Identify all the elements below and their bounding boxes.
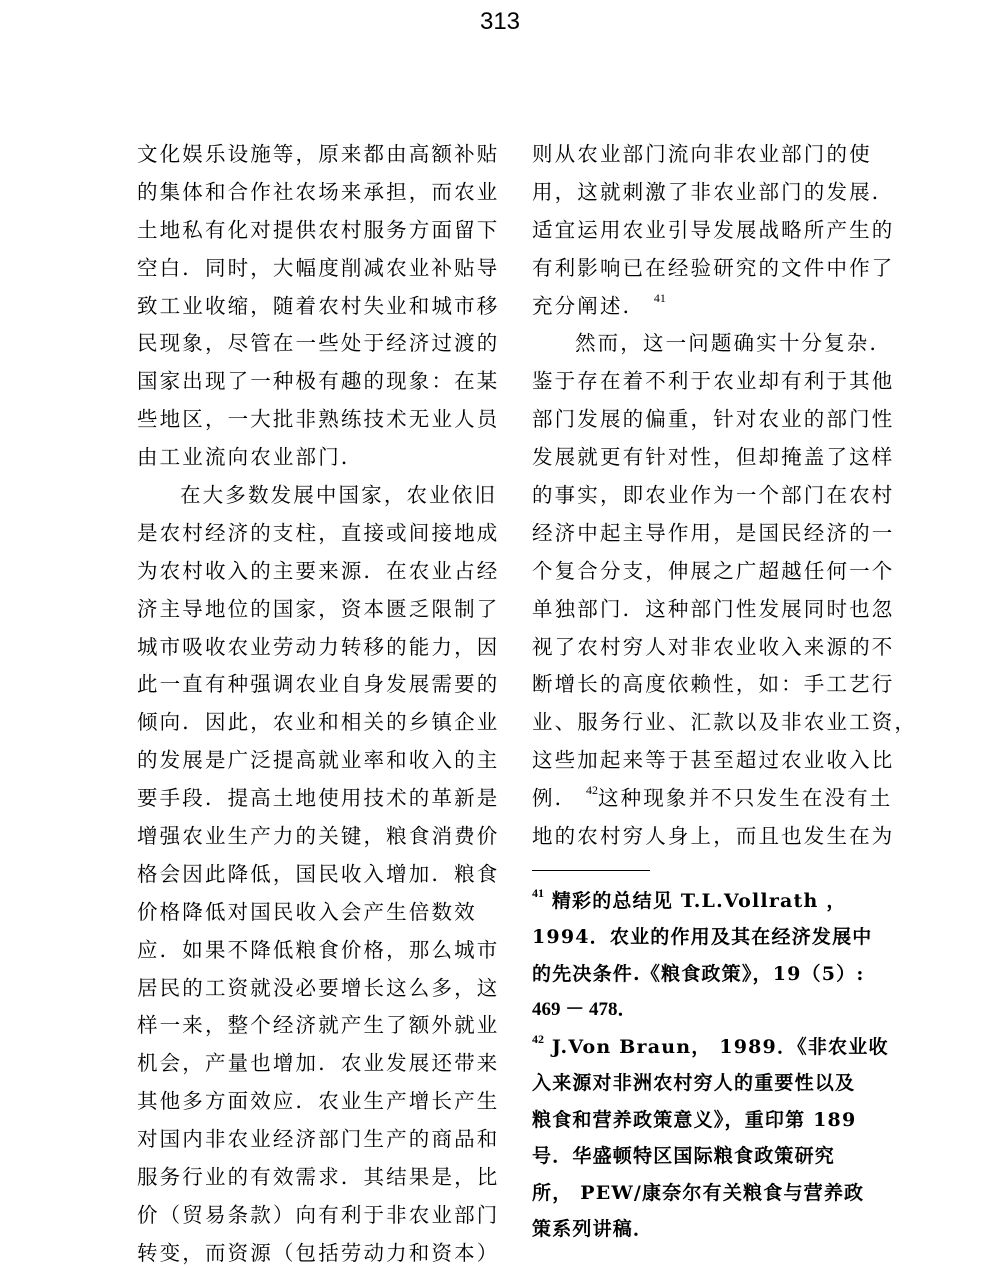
footnote-42: 42 J.Von Braun， 1989．《非农业收 入来源对非洲农村穷人的重要… [532, 1029, 884, 1248]
footnote-text: 469 － 478． [532, 992, 884, 1029]
text-line: 样一来，整个经济就产生了额外就业 [137, 1007, 489, 1045]
text-line: 些地区，一大批非熟练技术无业人员 [137, 401, 489, 439]
text-line: 民现象，尽管在一些处于经济过渡的 [137, 325, 489, 363]
text-line: 发展就更有针对性，但却掩盖了这样 [532, 439, 884, 477]
text-line: 文化娱乐设施等，原来都由高额补贴 [137, 136, 489, 174]
text-line: 部门发展的偏重，针对农业的部门性 [532, 401, 884, 439]
text-line: 适宜运用农业引导发展战略所产生的 [532, 212, 884, 250]
footnote-text: 精彩的总结见 T.L.Vollrath ， [552, 890, 847, 912]
footnote-text: 的先决条件.《粮食政策》，19（5）: [532, 956, 884, 993]
text-line: 经济中起主导作用，是国民经济的一 [532, 515, 884, 553]
text-line: 则从农业部门流向非农业部门的使 [532, 136, 884, 174]
left-column: 文化娱乐设施等，原来都由高额补贴 的集体和合作社农场来承担，而农业 土地私有化对… [137, 136, 489, 1268]
text-line: 此一直有种强调农业自身发展需要的 [137, 666, 489, 704]
text-line: 转变，而资源（包括劳动力和资本） [137, 1235, 489, 1268]
text-line: 价格降低对国民收入会产生倍数效 [137, 894, 489, 932]
text-line: 要手段．提高土地使用技术的革新是 [137, 780, 489, 818]
text-line: 格会因此降低，国民收入增加．粮食 [137, 856, 489, 894]
text-line: 有利影响已在经验研究的文件中作了 [532, 250, 884, 288]
footnote-text: 入来源对非洲农村穷人的重要性以及 [532, 1065, 884, 1102]
footnote-text: 号．华盛顿特区国际粮食政策研究 [532, 1138, 884, 1175]
text-fragment: 例． [532, 786, 577, 810]
footnote-text: 策系列讲稿． [532, 1211, 884, 1248]
text-line: 服务行业的有效需求．其结果是，比 [137, 1159, 489, 1197]
text-line: 致工业收缩，随着农村失业和城市移 [137, 288, 489, 326]
text-line: 土地私有化对提供农村服务方面留下 [137, 212, 489, 250]
text-line: 为农村收入的主要来源．在农业占经 [137, 553, 489, 591]
text-line: 这些加起来等于甚至超过农业收入比 [532, 742, 884, 780]
text-line: 的发展是广泛提高就业率和收入的主 [137, 742, 489, 780]
text-line: 价（贸易条款）向有利于非农业部门 [137, 1197, 489, 1235]
text-line: 鉴于存在着不利于农业却有利于其他 [532, 363, 884, 401]
text-fragment: 这种现象并不只发生在没有土 [598, 786, 892, 810]
text-line: 城市吸收农业劳动力转移的能力，因 [137, 629, 489, 667]
text-line: 其他多方面效应．农业生产增长产生 [137, 1083, 489, 1121]
text-fragment: 充分阐述． [532, 294, 645, 318]
text-line: 业、服务行业、汇款以及非农业工资， [532, 704, 884, 742]
text-line: 充分阐述． 41 [532, 288, 884, 326]
right-column: 则从农业部门流向非农业部门的使 用，这就刺激了非农业部门的发展． 适宜运用农业引… [532, 136, 884, 1248]
footnote-ref-41[interactable]: 41 [654, 291, 666, 305]
footnote-text: 1994．农业的作用及其在经济发展中 [532, 919, 884, 956]
footnote-text: 粮食和营养政策意义》，重印第 189 [532, 1102, 884, 1139]
text-line: 的事实，即农业作为一个部门在农村 [532, 477, 884, 515]
paragraph-start-line: 然而，这一问题确实十分复杂． [532, 325, 884, 363]
text-line: 应．如果不降低粮食价格，那么城市 [137, 932, 489, 970]
text-line: 单独部门．这种部门性发展同时也忽 [532, 591, 884, 629]
text-line: 视了农村穷人对非农业收入来源的不 [532, 629, 884, 667]
footnote-ref-42[interactable]: 42 [586, 783, 598, 797]
text-line: 个复合分支，伸展之广超越任何一个 [532, 553, 884, 591]
text-line: 国家出现了一种极有趣的现象：在某 [137, 363, 489, 401]
text-line: 是农村经济的支柱，直接或间接地成 [137, 515, 489, 553]
footnote-text: 所， PEW/康奈尔有关粮食与营养政 [532, 1175, 884, 1212]
footnote-divider [532, 870, 650, 871]
footnote-text: J.Von Braun， 1989．《非农业收 [552, 1036, 889, 1058]
text-line: 机会，产量也增加．农业发展还带来 [137, 1045, 489, 1083]
page-number: 313 [0, 8, 1000, 36]
footnote-41: 41 精彩的总结见 T.L.Vollrath ， 1994．农业的作用及其在经济… [532, 883, 884, 1029]
text-line: 济主导地位的国家，资本匮乏限制了 [137, 591, 489, 629]
text-line: 增强农业生产力的关键，粮食消费价 [137, 818, 489, 856]
text-line: 对国内非农业经济部门生产的商品和 [137, 1121, 489, 1159]
text-line: 用，这就刺激了非农业部门的发展． [532, 174, 884, 212]
text-line: 居民的工资就没必要增长这么多，这 [137, 970, 489, 1008]
footnote-number: 42 [532, 1032, 544, 1046]
text-line: 由工业流向农业部门． [137, 439, 489, 477]
footnote-number: 41 [532, 886, 544, 900]
text-line: 例． 42这种现象并不只发生在没有土 [532, 780, 884, 818]
text-line: 空白．同时，大幅度削减农业补贴导 [137, 250, 489, 288]
text-line: 断增长的高度依赖性，如：手工艺行 [532, 666, 884, 704]
text-line: 的集体和合作社农场来承担，而农业 [137, 174, 489, 212]
paragraph-start-line: 在大多数发展中国家，农业依旧 [137, 477, 489, 515]
text-line: 倾向．因此，农业和相关的乡镇企业 [137, 704, 489, 742]
text-line: 地的农村穷人身上，而且也发生在为 [532, 818, 884, 856]
